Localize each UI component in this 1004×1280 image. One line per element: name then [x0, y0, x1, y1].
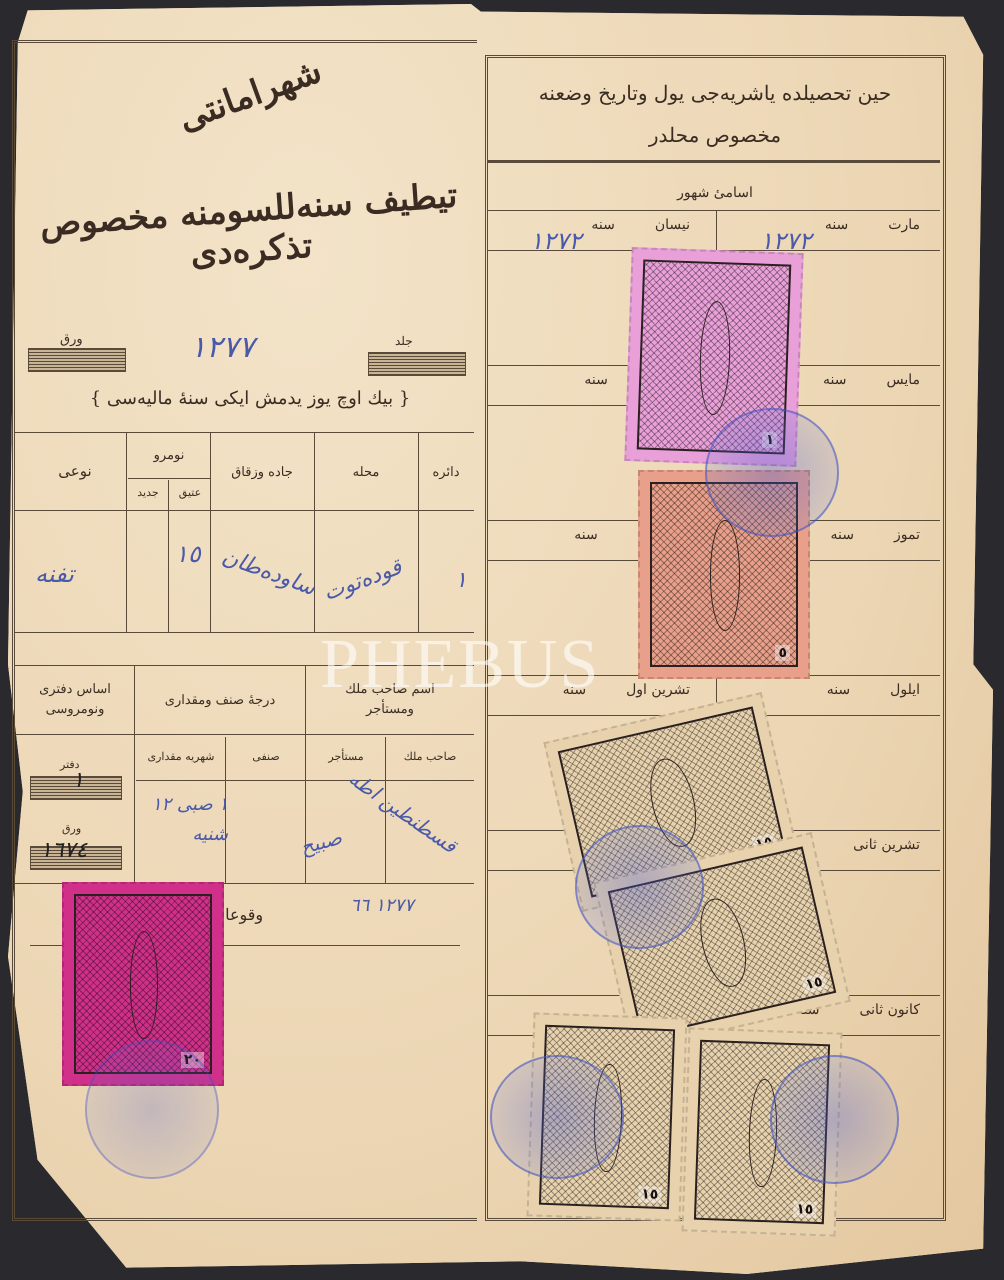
header-sinif: صنفی	[228, 750, 304, 763]
month-1: مارتسنه	[720, 217, 940, 233]
table1-col	[418, 432, 419, 632]
header-derece: درجهٔ صنف ومقداری	[140, 693, 300, 708]
month-row-line	[488, 210, 940, 211]
year-word: سنه	[584, 372, 607, 388]
year-word: سنه	[591, 217, 614, 233]
value-sehriye: ١ صبی ١٢ شنیه	[128, 790, 228, 850]
stamp-value: ١٥	[793, 1201, 817, 1218]
month-name: تشرین اول	[626, 682, 690, 698]
ink-seal	[575, 825, 704, 949]
right-header-line	[488, 160, 940, 163]
year-word: سنه	[823, 372, 846, 388]
table1-top	[14, 432, 474, 433]
value-atik: ١٥	[175, 540, 201, 568]
months-title: اسامیٔ شهور	[650, 185, 780, 201]
cild-box	[368, 352, 466, 376]
stamp-cartouche	[698, 301, 733, 416]
table1-col	[210, 432, 211, 632]
month-name: کانون ثانی	[859, 1002, 920, 1018]
header-mustecir: مستأجر	[308, 750, 384, 763]
header-atik: عتیق	[170, 486, 210, 499]
defter-no: ١	[72, 768, 84, 793]
numero-subheader-line	[128, 478, 210, 479]
header-cedid: جدید	[128, 486, 168, 499]
ink-seal	[85, 1040, 219, 1179]
month-name: مایس	[886, 372, 920, 388]
month-year-handwritten: ١٢٧٢	[760, 227, 812, 255]
cild-label: جلد	[395, 334, 413, 348]
table1-col	[168, 480, 169, 632]
stamp-cartouche	[693, 894, 753, 991]
month-name: ایلول	[890, 682, 920, 698]
right-header: حین تحصیلده یاشریه‌جی یول وتاریخ وضعنه م…	[500, 72, 930, 156]
table2-header-line	[14, 734, 474, 735]
month-name: تموز	[894, 527, 920, 543]
stamp-cartouche	[130, 931, 159, 1039]
ink-seal	[705, 408, 839, 537]
header-mahalle: محله	[316, 465, 416, 480]
month-2: نیسانسنه	[490, 217, 710, 233]
varak2-label: ورق	[62, 822, 81, 835]
table1-col	[314, 432, 315, 632]
vukuat-handwritten: ١٢٧٧ ٦٦	[350, 895, 414, 916]
varak-no: ١٦٧٤	[40, 838, 87, 863]
header-cadde: جاده وزقاق	[212, 465, 312, 480]
month-name: مارت	[888, 217, 920, 233]
month-year-handwritten: ١٢٧٢	[530, 227, 582, 255]
ink-seal	[770, 1055, 899, 1184]
year-handwritten: ١٢٧٧	[190, 330, 254, 365]
year-word: سنه	[827, 682, 850, 698]
table1-col	[126, 432, 127, 632]
table2-col	[134, 665, 135, 883]
stamp-value: ١٥	[638, 1186, 662, 1203]
header-sehriye: شهریه مقداری	[138, 750, 224, 763]
stamp-value: ٥	[775, 645, 790, 661]
month-name: نیسان	[655, 217, 690, 233]
fiscal-year-line: { بیك اوچ یوز یدمش ایکی سنهٔ مالیه‌سی }	[70, 388, 430, 409]
header-numero: نومرو	[130, 448, 208, 463]
watermark: PHEBUS	[320, 625, 600, 705]
month-col-divider	[716, 210, 717, 250]
varak-box	[28, 348, 126, 372]
year-word: سنه	[825, 217, 848, 233]
ink-seal	[490, 1055, 624, 1179]
header-nevi: نوعی	[40, 462, 110, 480]
value-nevi: تفنه	[35, 560, 74, 588]
header-esas: اساس دفتری ونومروسی	[20, 680, 130, 720]
varak-label: ورق	[60, 332, 83, 347]
header-daire: دائره	[420, 465, 472, 480]
table1-header-bottom	[14, 510, 474, 511]
year-word: سنه	[574, 527, 597, 543]
stamp-cartouche	[710, 520, 741, 631]
header-sahib: صاحب ملك	[388, 750, 472, 763]
value-daire: ١	[455, 568, 467, 593]
month-name: تشرین ثانی	[853, 837, 920, 853]
year-word: سنه	[831, 527, 854, 543]
